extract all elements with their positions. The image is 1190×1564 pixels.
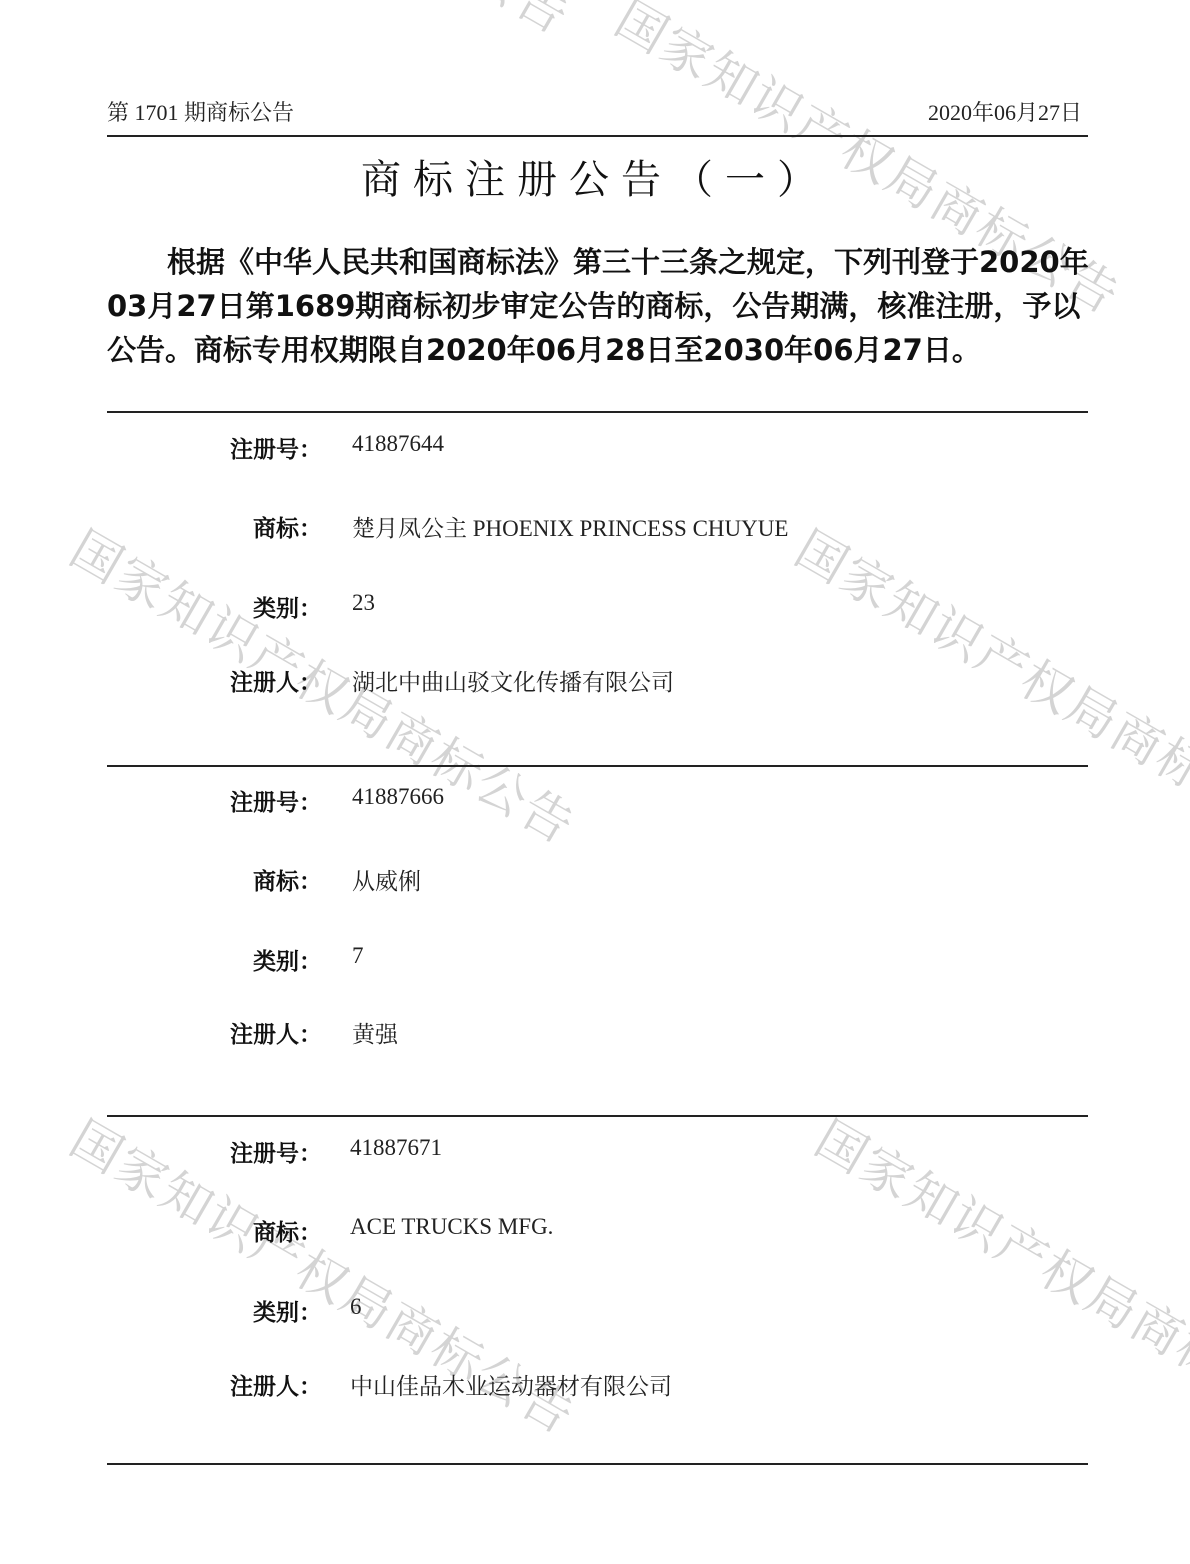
record-class-row: 类别： 23 xyxy=(0,590,1190,630)
page-title: 商标注册公告（一） xyxy=(0,148,1190,205)
reg-no-label: 注册号： xyxy=(230,431,322,464)
record-mark-row: 商标： 楚月凤公主 PHOENIX PRINCESS CHUYUE xyxy=(0,510,1190,550)
class-label: 类别： xyxy=(253,943,322,976)
class-value: 7 xyxy=(352,943,364,969)
mark-label: 商标： xyxy=(253,863,322,896)
reg-no-value: 41887666 xyxy=(352,784,444,810)
registrant-value: 中山佳品木业运动器材有限公司 xyxy=(350,1368,672,1401)
header-rule xyxy=(107,135,1088,137)
mark-value: ACE TRUCKS MFG. xyxy=(350,1214,553,1240)
mark-label: 商标： xyxy=(253,510,322,543)
issue-number: 第 1701 期商标公告 xyxy=(107,96,294,127)
record-reg-no-row: 注册号： 41887644 xyxy=(0,431,1190,471)
record-reg-no-row: 注册号： 41887666 xyxy=(0,784,1190,824)
intro-line: 03月27日第1689期商标初步审定公告的商标，公告期满，核准注册，予以 xyxy=(107,284,1087,328)
class-label: 类别： xyxy=(253,1294,322,1327)
issue-date: 2020年06月27日 xyxy=(928,96,1082,127)
record-mark-row: 商标： 从威俐 xyxy=(0,863,1190,903)
record-reg-no-row: 注册号： 41887671 xyxy=(0,1135,1190,1175)
class-label: 类别： xyxy=(253,590,322,623)
record-registrant-row: 注册人： 中山佳品木业运动器材有限公司 xyxy=(0,1368,1190,1408)
registrant-label: 注册人： xyxy=(230,664,322,697)
reg-no-value: 41887671 xyxy=(350,1135,442,1161)
registrant-value: 黄强 xyxy=(352,1016,398,1049)
reg-no-label: 注册号： xyxy=(230,784,322,817)
section-divider xyxy=(107,1115,1088,1117)
intro-paragraph: 根据《中华人民共和国商标法》第三十三条之规定，下列刊登于2020年 03月27日… xyxy=(107,240,1087,372)
watermark: 国家知识产权局商标公告 xyxy=(54,0,585,48)
record-class-row: 类别： 6 xyxy=(0,1294,1190,1334)
record-registrant-row: 注册人： 黄强 xyxy=(0,1016,1190,1056)
mark-value: 从威俐 xyxy=(352,863,421,896)
intro-line: 公告。商标专用权期限自2020年06月28日至2030年06月27日。 xyxy=(107,328,1087,372)
class-value: 6 xyxy=(350,1294,362,1320)
reg-no-label: 注册号： xyxy=(230,1135,322,1168)
intro-line: 根据《中华人民共和国商标法》第三十三条之规定，下列刊登于2020年 xyxy=(107,240,1087,284)
record-registrant-row: 注册人： 湖北中曲山驳文化传播有限公司 xyxy=(0,664,1190,704)
registrant-label: 注册人： xyxy=(230,1368,322,1401)
section-divider xyxy=(107,1463,1088,1465)
mark-label: 商标： xyxy=(253,1214,322,1247)
mark-value: 楚月凤公主 PHOENIX PRINCESS CHUYUE xyxy=(352,510,788,543)
reg-no-value: 41887644 xyxy=(352,431,444,457)
registrant-label: 注册人： xyxy=(230,1016,322,1049)
section-divider xyxy=(107,765,1088,767)
class-value: 23 xyxy=(352,590,375,616)
record-mark-row: 商标： ACE TRUCKS MFG. xyxy=(0,1214,1190,1254)
registrant-value: 湖北中曲山驳文化传播有限公司 xyxy=(352,664,674,697)
section-divider xyxy=(107,411,1088,413)
record-class-row: 类别： 7 xyxy=(0,943,1190,983)
